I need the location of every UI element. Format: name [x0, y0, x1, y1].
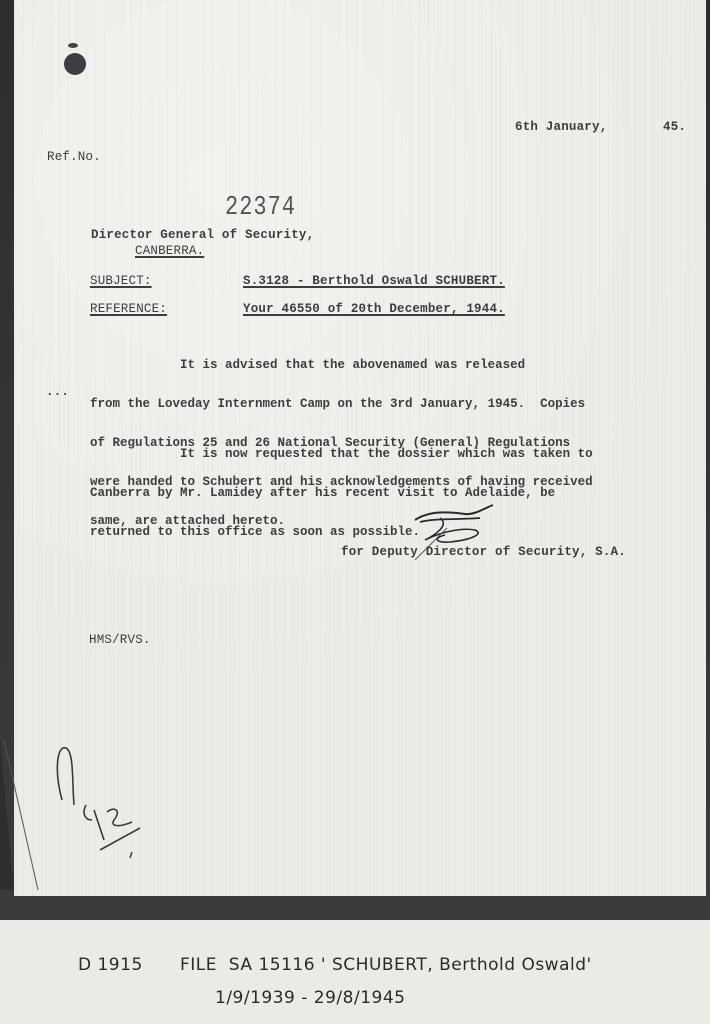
- punch-hole: [64, 53, 86, 75]
- letter-year: 45.: [663, 120, 686, 134]
- reference-value: Your 46550 of 20th December, 1944.: [243, 302, 505, 316]
- subject-value: S.3128 - Berthold Oswald SCHUBERT.: [243, 274, 505, 288]
- paragraph-2: It is now requested that the dossier whi…: [90, 422, 708, 552]
- pencil-margin-line: [0, 740, 40, 900]
- punch-hole-speck: [68, 43, 78, 48]
- ref-label: Ref.No.: [47, 150, 101, 164]
- paragraph-2-line: It is now requested that the dossier whi…: [90, 448, 708, 461]
- letter-date: 6th January,: [515, 120, 607, 134]
- archive-file-label: FILE SA 15116 ' SCHUBERT, Berthold Oswal…: [180, 955, 592, 975]
- signature-block: for Deputy Director of Security, S.A.: [341, 545, 626, 559]
- addressee-line-1: Director General of Security,: [91, 228, 314, 242]
- paragraph-1-line: from the Loveday Internment Camp on the …: [90, 398, 708, 411]
- typist-initials: HMS/RVS.: [89, 633, 151, 647]
- reference-label: REFERENCE:: [90, 302, 167, 316]
- addressee-line-2: CANBERRA.: [135, 244, 204, 258]
- paragraph-2-line: returned to this office as soon as possi…: [90, 526, 708, 539]
- paragraph-2-line: Canberra by Mr. Lamidey after his recent…: [90, 487, 708, 500]
- paragraph-1-line: It is advised that the abovenamed was re…: [90, 359, 708, 372]
- subject-label: SUBJECT:: [90, 274, 152, 288]
- margin-dots: ...: [46, 385, 69, 399]
- margin-annotation-handwritten: P 6/2: [52, 740, 152, 870]
- archive-item-number: D 1915: [78, 955, 143, 975]
- ref-number-stamp: 22374: [225, 193, 296, 223]
- archive-date-range: 1/9/1939 - 29/8/1945: [215, 988, 405, 1008]
